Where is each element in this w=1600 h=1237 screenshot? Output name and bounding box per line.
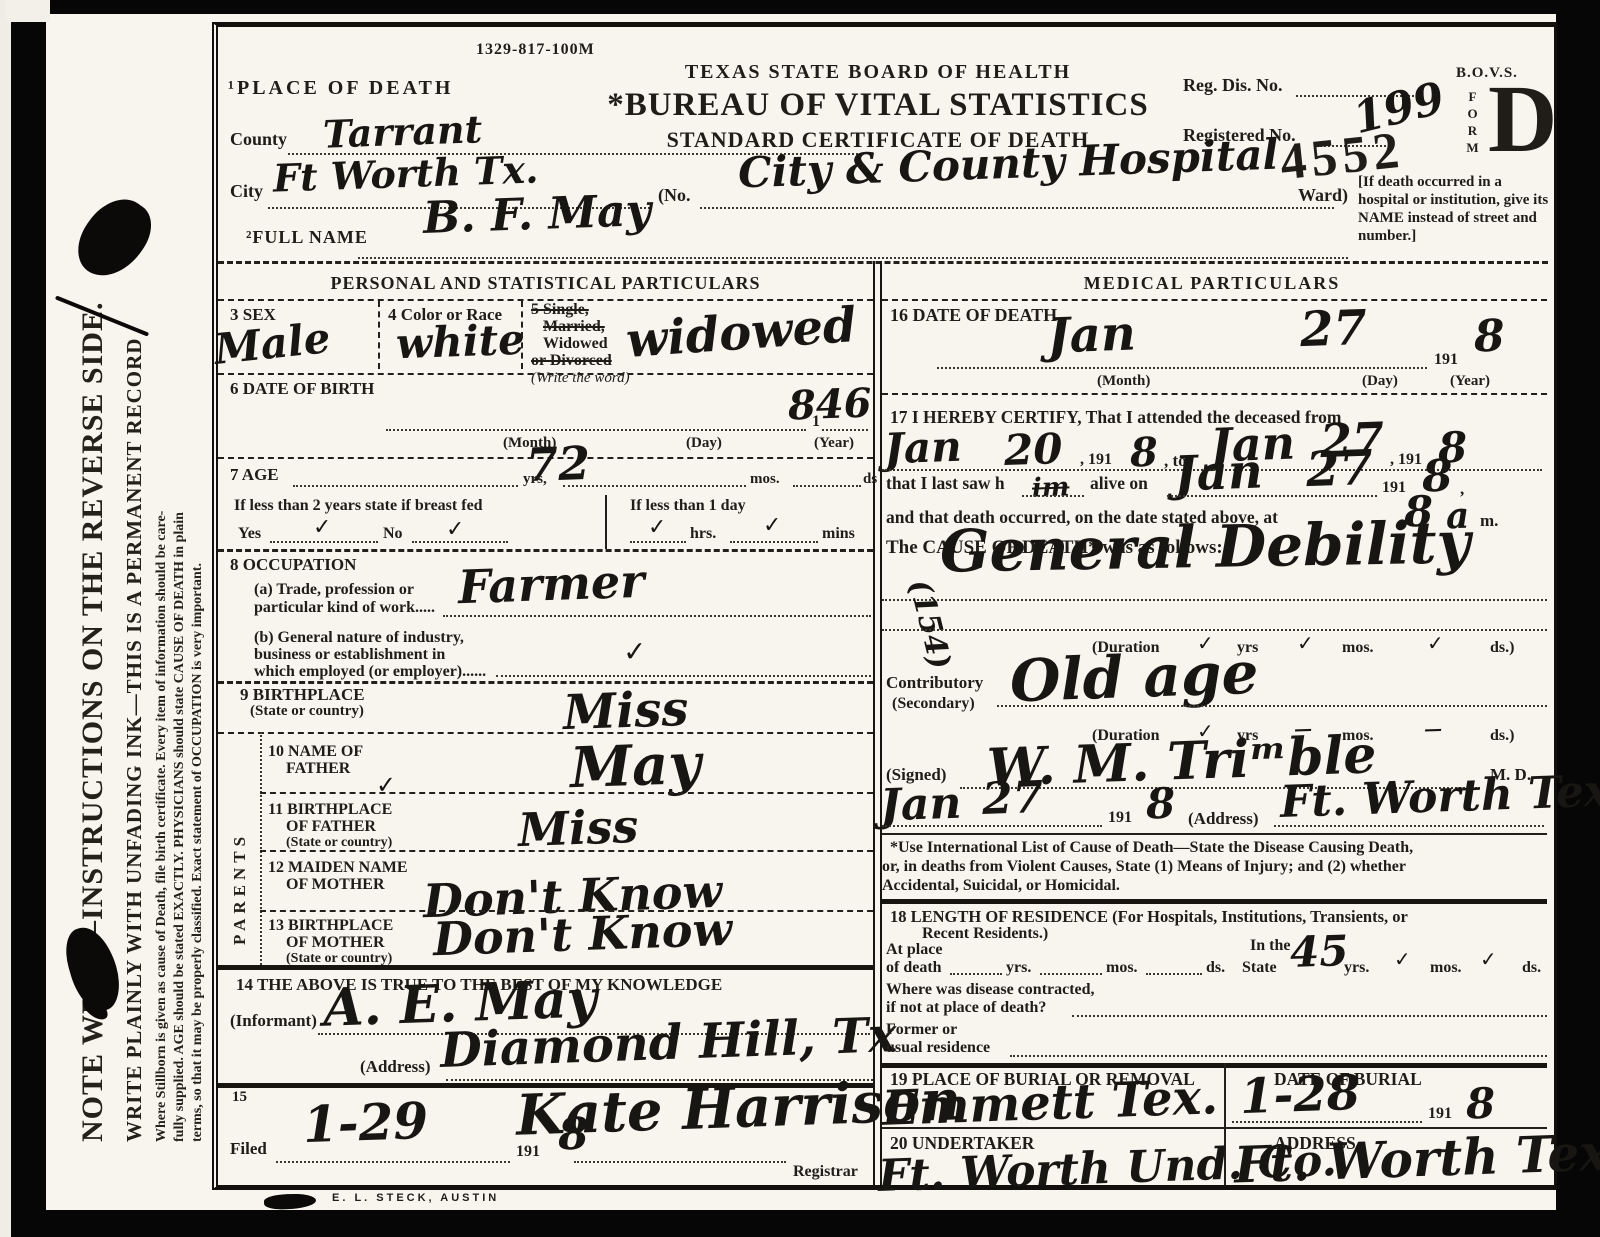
age-mos: mos. <box>750 471 780 488</box>
cause-line-2 <box>882 629 1547 631</box>
at-place-label-1: At place <box>886 941 942 959</box>
ink-blot <box>65 186 162 289</box>
no-check: ✓ <box>446 517 465 543</box>
attended-from-day: 20 <box>1003 424 1063 475</box>
cause-value: General Debility <box>939 508 1470 585</box>
filed-registrar-line <box>574 1161 786 1163</box>
from-191: , 191 <box>1080 451 1112 469</box>
hrs-check: ✓ <box>648 515 667 541</box>
last-day-value: 27 <box>1305 440 1374 498</box>
scan-edge <box>0 0 11 1237</box>
at-place-label-2: of death <box>886 959 942 977</box>
contributory-line <box>997 705 1547 707</box>
race-value: white <box>395 315 525 368</box>
cause-line-1 <box>882 599 1547 601</box>
father-bp-sub: (State or country) <box>286 835 392 851</box>
dob-year-line <box>822 429 868 431</box>
signed-month-value: Jan <box>879 778 962 832</box>
margin-small-line-1: Where Stillborn is given as cause of Dea… <box>154 511 170 1142</box>
mother-bp-label-2: OF MOTHER <box>286 934 385 952</box>
occupation-b3: which employed (or employer)...... <box>254 663 486 681</box>
secondary-label: (Secondary) <box>892 695 975 713</box>
dod-day-label: (Day) <box>1362 373 1398 390</box>
no-label: (No. <box>658 185 691 206</box>
registrar-label: Registrar <box>793 1163 858 1181</box>
mother-bp-label-1: 13 BIRTHPLACE <box>268 917 393 935</box>
contributory-label: Contributory <box>886 673 983 693</box>
occupation-label: 8 OCCUPATION <box>230 555 356 575</box>
marital-single: 5 Single, <box>531 301 589 319</box>
parents-divider <box>260 732 262 965</box>
footnote-line-1: *Use International List of Cause of Deat… <box>890 839 1413 857</box>
signed-date-line <box>882 825 1102 827</box>
father-bp-label-2: OF FATHER <box>286 818 376 836</box>
occupation-b-line <box>496 675 871 677</box>
dod-day-value: 27 <box>1299 300 1368 358</box>
medical-title-rule <box>882 299 1547 301</box>
personal-section-title: PERSONAL AND STATISTICAL PARTICULARS <box>218 273 873 294</box>
dob-year-value: 846 <box>787 380 872 430</box>
printer-stamp-icon <box>264 1192 317 1211</box>
no-label: No <box>383 525 403 543</box>
former-label-2: usual residence <box>886 1039 990 1057</box>
yes-label: Yes <box>238 525 261 543</box>
state-ds: ds. <box>1522 959 1541 977</box>
former-line <box>1010 1055 1547 1057</box>
burial-date-line <box>1232 1121 1422 1123</box>
father-bp-label-1: 11 BIRTHPLACE <box>268 801 392 819</box>
signed-day-value: 27 <box>981 772 1044 825</box>
atplace-ds: ds. <box>1206 959 1225 977</box>
attended-from-month: Jan <box>883 422 962 474</box>
state-check-1: ✓ <box>1394 947 1412 972</box>
sex-row-rule <box>218 373 873 375</box>
where-contracted-line <box>1072 1015 1547 1017</box>
duration1-check-2: ✓ <box>1297 631 1315 656</box>
dod-year-label: (Year) <box>1450 373 1490 390</box>
sex-race-divider <box>378 301 380 369</box>
mother-name-label-1: 12 MAIDEN NAME <box>268 859 408 877</box>
race-marital-divider <box>521 301 523 369</box>
contributory-value: Old age <box>1009 639 1260 716</box>
father-name-value: May <box>569 731 702 802</box>
county-label: County <box>230 129 287 150</box>
residence-label-1: 18 LENGTH OF RESIDENCE (For Hospitals, I… <box>890 907 1408 927</box>
residence-rule <box>882 1063 1547 1068</box>
physician-address-value: Ft. Worth Tex. <box>1279 765 1600 828</box>
dob-year-label: (Year) <box>814 435 854 452</box>
mins-line <box>730 541 818 543</box>
filed-date-value: 1-29 <box>302 1091 429 1154</box>
age-sub-divider <box>605 495 607 549</box>
margin-small-line-2: fully supplied. AGE should be stated EXA… <box>172 512 188 1142</box>
state-yrs: yrs. <box>1344 959 1369 977</box>
footnote-line-2: or, in deaths from Violent Causes, State… <box>882 858 1406 876</box>
filed-num: 15 <box>232 1089 247 1106</box>
medical-section-title: MEDICAL PARTICULARS <box>882 273 1542 294</box>
atplace-mos-line <box>1040 973 1102 975</box>
physician-address-label: (Address) <box>1188 809 1259 829</box>
burial-191: 191 <box>1428 1105 1452 1123</box>
where-contracted-2: if not at place of death? <box>886 999 1046 1017</box>
age-mos-line <box>563 485 746 487</box>
city-label: City <box>230 181 263 202</box>
footnote-line-3: Accidental, Suicidal, or Homicidal. <box>882 877 1120 895</box>
occupation-a2: particular kind of work..... <box>254 599 435 617</box>
full-name-label: ²FULL NAME <box>246 227 368 248</box>
duration1-ds: ds.) <box>1490 639 1514 657</box>
age-ds: ds <box>863 471 877 488</box>
atplace-yrs-line <box>950 973 1002 975</box>
birthplace-rule <box>218 732 873 734</box>
occupation-b1: (b) General nature of industry, <box>254 629 464 647</box>
less-day-label: If less than 1 day <box>630 497 746 515</box>
father-name-check: ✓ <box>376 771 397 800</box>
last-line <box>1167 495 1377 497</box>
margin-small-line-3: terms, so that it may be properly classi… <box>190 563 206 1142</box>
state-check-2: ✓ <box>1480 947 1498 972</box>
occupation-a1: (a) Trade, profession or <box>254 581 414 599</box>
former-label-1: Former or <box>886 1021 957 1039</box>
dod-month-label: (Month) <box>1097 373 1150 390</box>
birthplace-label: 9 BIRTHPLACE <box>240 685 365 705</box>
father-name-rule <box>260 792 873 794</box>
birthplace-sub: (State or country) <box>250 703 364 720</box>
parents-label: PARENTS <box>230 832 250 945</box>
last-saw-label: that I last saw h <box>886 473 1005 494</box>
father-name-label-2: FATHER <box>286 760 350 778</box>
dob-day-label: (Day) <box>686 435 722 452</box>
occupation-rule <box>218 681 873 684</box>
yes-check: ✓ <box>313 515 332 541</box>
dod-year-value: 8 <box>1473 310 1505 362</box>
place-of-death-title: ¹PLACE OF DEATH <box>228 77 453 100</box>
certificate-form: 1329-817-100M ¹PLACE OF DEATH TEXAS STAT… <box>212 22 1557 1190</box>
mins-label: mins <box>822 525 855 543</box>
state-label: State <box>1242 959 1277 977</box>
full-name-value: B. F. May <box>422 185 652 244</box>
age-yrs-line <box>293 485 518 487</box>
scanned-death-certificate: NOTE WELL—INSTRUCTIONS ON THE REVERSE SI… <box>0 0 1600 1237</box>
state-mos: mos. <box>1430 959 1462 977</box>
dod-label: 16 DATE OF DEATH <box>890 305 1057 326</box>
hrs-label: hrs. <box>690 525 716 543</box>
yes-line <box>270 541 378 543</box>
father-bp-rule <box>260 850 873 852</box>
dod-191: 191 <box>1434 351 1458 369</box>
age-ds-line <box>793 485 861 487</box>
father-birthplace-value: Miss <box>517 799 639 857</box>
marital-divorced: or Divorced <box>531 352 612 370</box>
mins-check: ✓ <box>763 513 782 539</box>
dod-rule <box>882 393 1547 395</box>
where-contracted-1: Where was disease contracted, <box>886 981 1095 999</box>
physician-address-line <box>1274 825 1544 827</box>
mother-name-label-2: OF MOTHER <box>286 876 385 894</box>
atplace-ds-line <box>1146 973 1202 975</box>
duration2-ds: ds.) <box>1490 727 1514 745</box>
occupation-b-check: ✓ <box>622 635 647 669</box>
alive-on-label: alive on <box>1090 473 1148 494</box>
age-label: 7 AGE <box>230 465 279 485</box>
burial-date-value: 1-28 <box>1239 1065 1361 1125</box>
last-month-value: Jan <box>1173 443 1264 502</box>
printer-credit: E. L. STECK, AUSTIN <box>332 1192 499 1204</box>
state-years-value: 45 <box>1289 926 1349 977</box>
duration1-mos: mos. <box>1342 639 1374 657</box>
breast-fed-label: If less than 2 years state if breast fed <box>234 497 483 515</box>
signature-rule <box>882 833 1547 835</box>
form-number: 1329-817-100M <box>476 41 595 59</box>
dod-line <box>937 367 1427 369</box>
filed-label: Filed <box>230 1139 267 1159</box>
duration1-check-3: ✓ <box>1427 631 1445 656</box>
burial-year-value: 8 <box>1465 1079 1496 1129</box>
mother-birthplace-value: Don't Know <box>432 902 733 966</box>
signed-year-value: 8 <box>1145 779 1176 829</box>
father-name-label-1: 10 NAME OF <box>268 743 363 761</box>
dob-line <box>386 429 806 431</box>
signed-191: 191 <box>1108 809 1132 827</box>
atplace-yrs: yrs. <box>1006 959 1031 977</box>
age-yrs: yrs, <box>523 471 547 488</box>
him-line <box>1022 495 1084 497</box>
dob-year-prefix: 1 <box>812 413 820 431</box>
informant-address-label: (Address) <box>360 1057 431 1077</box>
death-m-label: m. <box>1480 511 1498 531</box>
in-the-label: In the <box>1250 937 1290 955</box>
hrs-line <box>630 541 686 543</box>
occupation-value: Farmer <box>457 554 645 614</box>
marital-widowed: Widowed <box>543 335 608 353</box>
informant-label: (Informant) <box>230 1011 317 1031</box>
filed-date-line <box>276 1161 510 1163</box>
undertaker-address-value: Ft. Worth Tex <box>1233 1122 1600 1194</box>
footnote-rule <box>882 899 1547 904</box>
duration2-dash-2: — <box>1424 719 1443 741</box>
atplace-mos: mos. <box>1106 959 1138 977</box>
occupation-a-line <box>443 615 871 617</box>
cause-code-margin: (154) <box>902 576 958 673</box>
him-value: im <box>1031 472 1069 503</box>
marital-value: widowed <box>624 297 858 369</box>
age-row-rule <box>218 549 873 552</box>
to-191: , 191 <box>1390 451 1422 469</box>
scan-corner <box>6 0 50 22</box>
dod-month-value: Jan <box>1046 305 1137 364</box>
marital-married: Married, <box>543 318 605 336</box>
burial-divider <box>1224 1063 1226 1127</box>
occupation-b2: business or establishment in <box>254 646 445 664</box>
margin-write-plainly: WRITE PLAINLY WITH UNFADING INK—THIS IS … <box>122 338 147 1142</box>
dob-label: 6 DATE OF BIRTH <box>230 379 374 399</box>
certificate-paper: NOTE WELL—INSTRUCTIONS ON THE REVERSE SI… <box>46 14 1556 1210</box>
medical-column: MEDICAL PARTICULARS 16 DATE OF DEATH Jan… <box>882 27 1552 1185</box>
